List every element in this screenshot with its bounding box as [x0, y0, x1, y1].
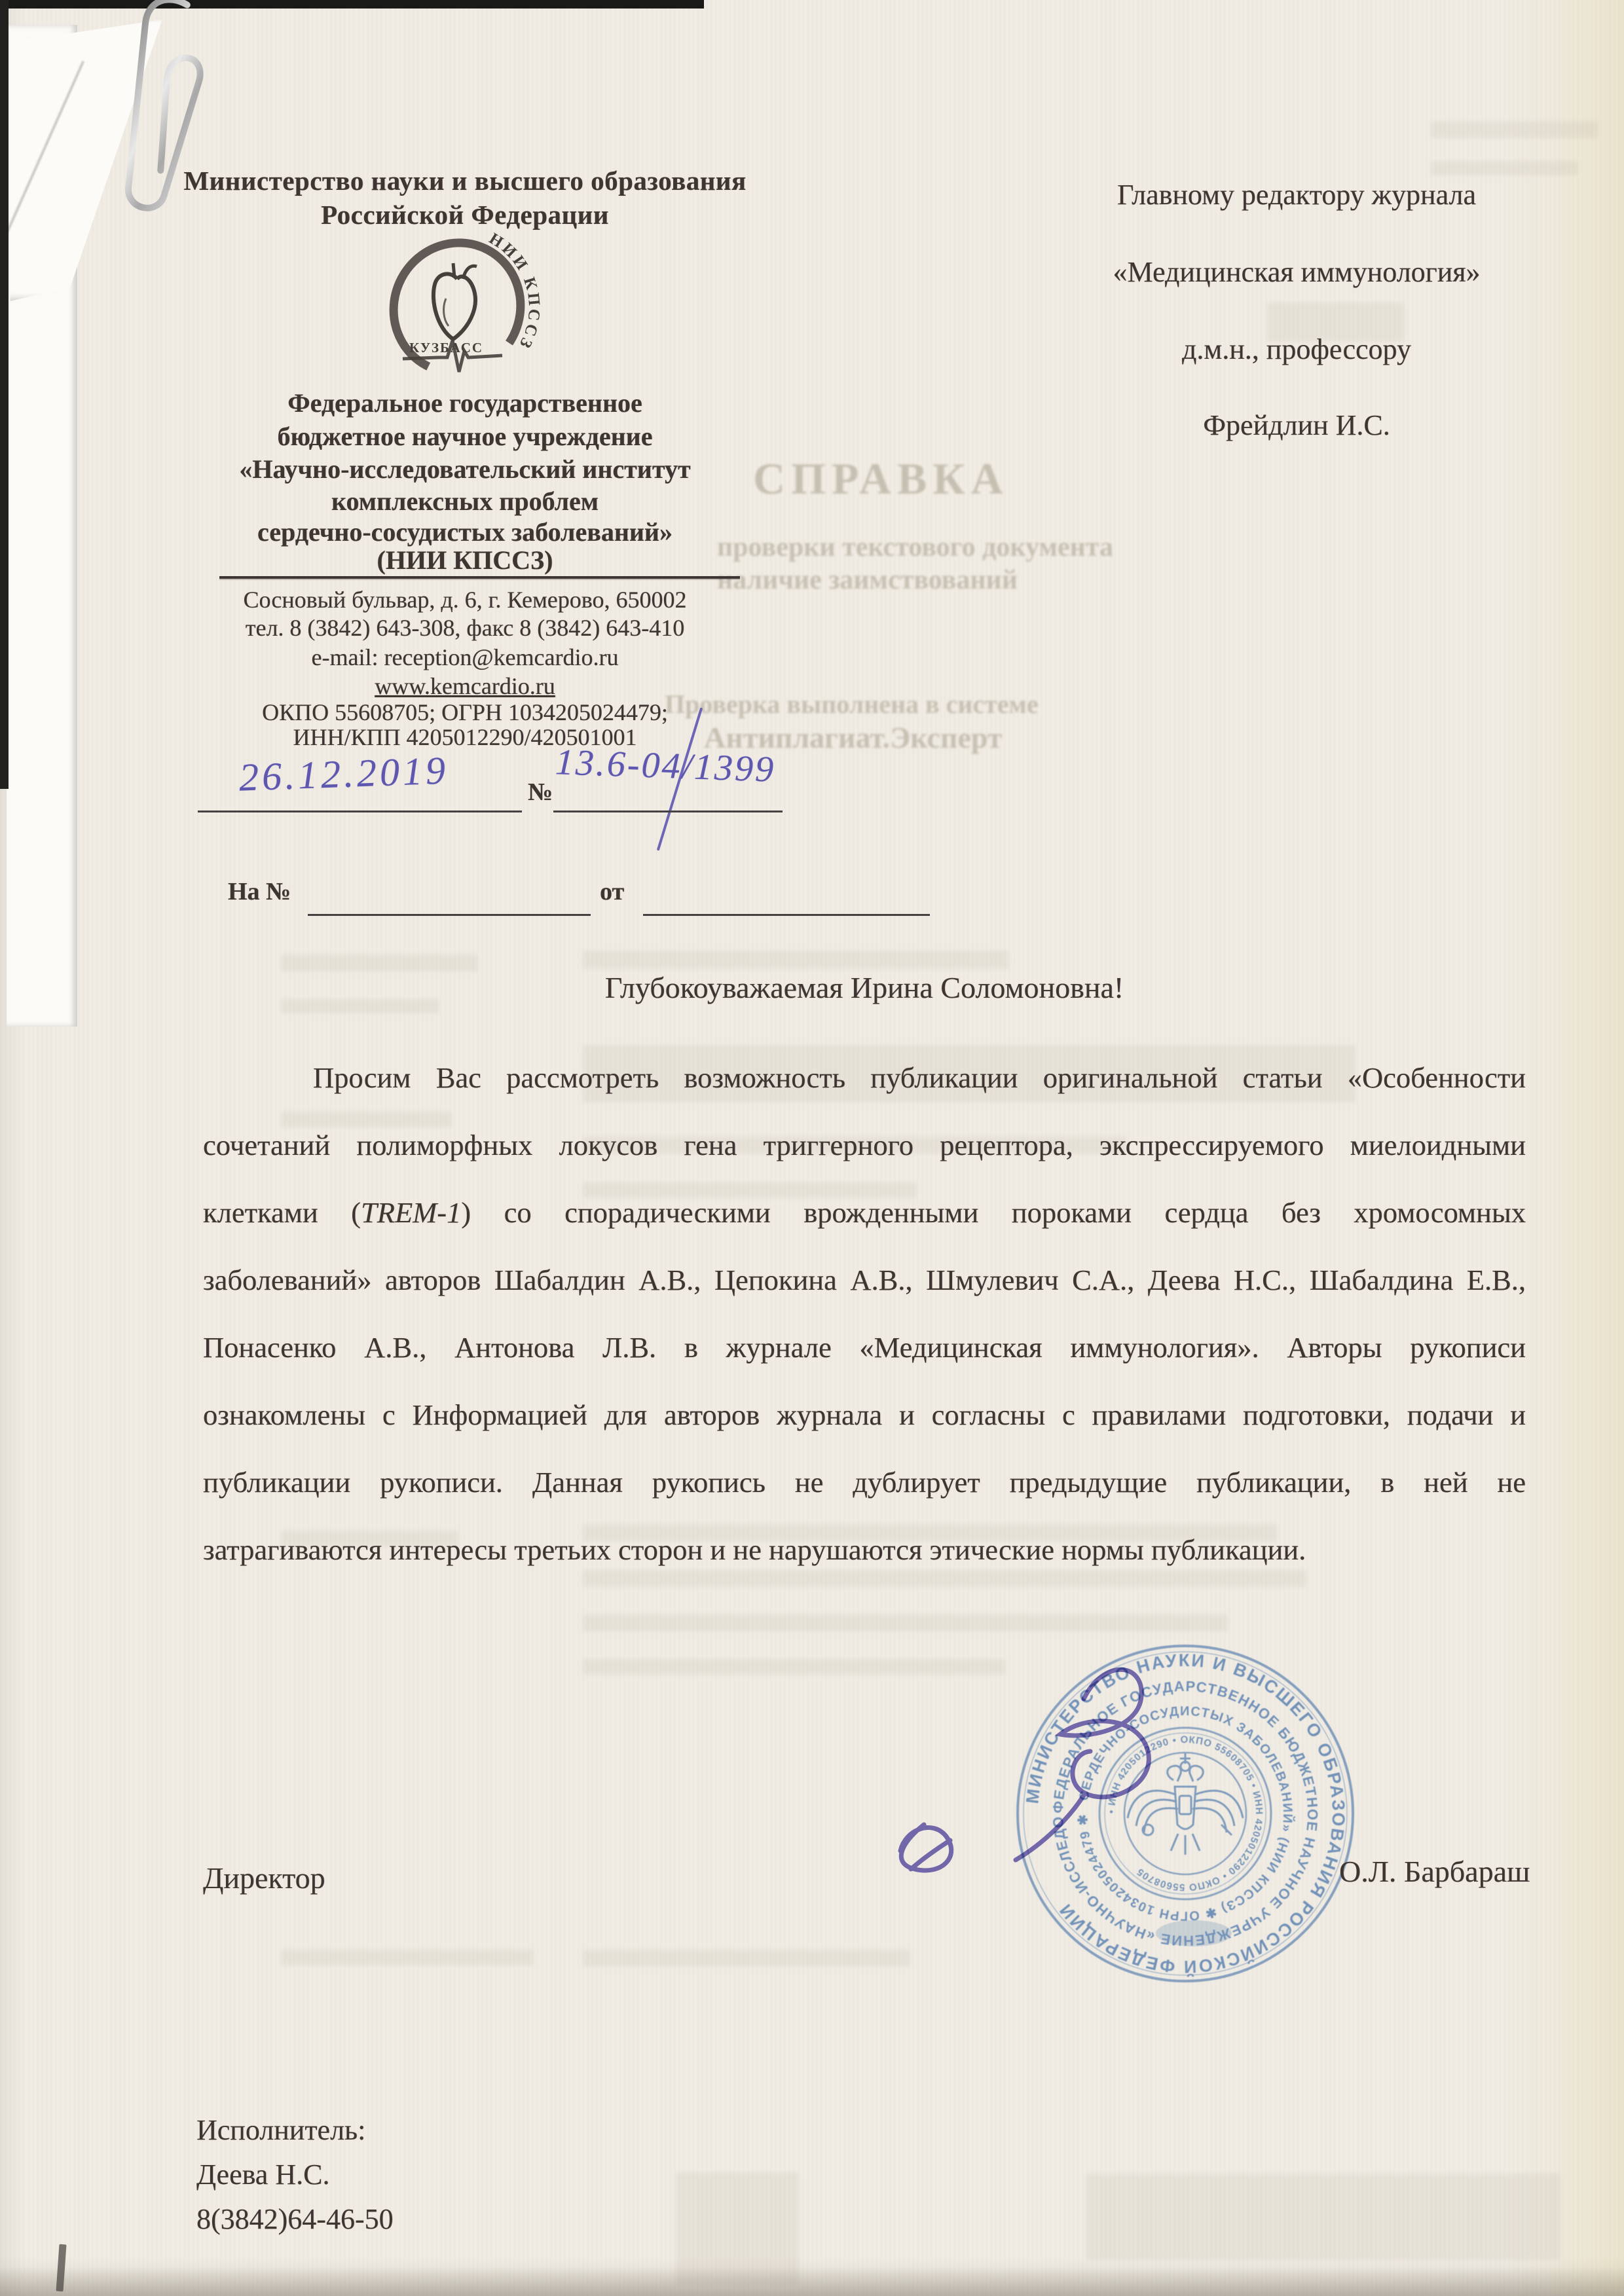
body-line: Просим Вас рассмотреть возможность публи…	[203, 1057, 1526, 1098]
institution-line: «Научно-исследовательский институт	[138, 454, 792, 484]
institute-emblem-logo: НИИ КПССЗ КУЗБАСС	[362, 230, 568, 388]
bleedthrough-smudge	[583, 951, 1008, 969]
letterhead-divider	[219, 576, 740, 579]
bleedthrough-smudge	[282, 1950, 534, 1965]
bleedthrough-smudge	[583, 1950, 910, 1967]
institution-line: сердечно-сосудистых заболеваний»	[138, 517, 792, 547]
website-link: www.kemcardio.ru	[138, 672, 792, 700]
recipient-line4: Фрейдлин И.С.	[1048, 409, 1545, 442]
bleedthrough-smudge	[583, 1614, 1228, 1631]
position-label: Директор	[203, 1861, 325, 1895]
ot-label: от	[600, 877, 624, 906]
institution-line: бюджетное научное учреждение	[138, 421, 792, 452]
na-number-underline	[308, 914, 591, 916]
executor-phone: 8(3842)64-46-50	[196, 2202, 394, 2236]
body-line: ознакомлены с Информацией для авторов жу…	[203, 1394, 1526, 1435]
address-line: Сосновый бульвар, д. 6, г. Кемерово, 650…	[138, 586, 792, 613]
institution-line: комплексных проблем	[138, 486, 792, 517]
executor-label: Исполнитель:	[196, 2113, 365, 2147]
body-line3-pre: клетками (	[203, 1196, 361, 1229]
executor-name: Деева Н.С.	[196, 2158, 329, 2191]
body-line3-post: ) со спорадическими врожденными пороками…	[461, 1196, 1526, 1229]
na-number-label: На №	[228, 877, 291, 906]
recipient-line3: д.м.н., профессору	[1048, 333, 1545, 366]
number-underline	[553, 811, 783, 812]
body-line: заболеваний» авторов Шабалдин А.В., Цепо…	[203, 1260, 1526, 1300]
body-line: клетками (TREM-1) со спорадическими врож…	[203, 1192, 1526, 1233]
number-label: №	[528, 778, 553, 807]
bleedthrough-smudge	[583, 1570, 1306, 1587]
signer-name: О.Л. Барбараш	[1339, 1854, 1530, 1889]
scan-bottom-shadow	[0, 2267, 1624, 2296]
outgoing-date-handwritten: 26.12.2019	[196, 746, 492, 802]
ot-underline	[643, 914, 930, 916]
body-line: сочетаний полиморфных локусов гена тригг…	[203, 1125, 1526, 1165]
date-underline	[198, 811, 522, 812]
ministry-line1: Министерство науки и высшего образования	[138, 165, 792, 196]
gene-name-italic: TREM-1	[361, 1196, 461, 1229]
bleedthrough-smudge	[282, 955, 478, 972]
body-line: публикации рукописи. Данная рукопись не …	[203, 1462, 1526, 1503]
address-line: тел. 8 (3842) 643-308, факс 8 (3842) 643…	[138, 614, 792, 642]
bleedthrough-smudge	[1431, 121, 1598, 138]
outgoing-number-handwritten: 13.6-04/1399	[555, 741, 776, 791]
ministry-line2: Российской Федерации	[138, 199, 792, 230]
paperclip-icon	[58, 0, 234, 238]
address-line: e-mail: reception@kemcardio.ru	[138, 644, 792, 671]
institution-line: (НИИ КПССЗ)	[138, 545, 792, 575]
institution-line: Федеральное государственное	[138, 388, 792, 418]
logo-region-label: КУЗБАСС	[409, 340, 483, 355]
address-line: ОКПО 55608705; ОГРН 1034205024479;	[138, 699, 792, 726]
scanned-letter-page: СПРАВКА проверки текстового документа на…	[0, 0, 1624, 2296]
body-line: затрагиваются интересы третьих сторон и …	[203, 1529, 1526, 1570]
bleedthrough-smudge	[1431, 161, 1578, 175]
director-signature	[887, 1653, 1182, 1895]
bleedthrough-smudge	[1086, 2174, 1560, 2260]
body-line: Понасенко А.В., Антонова Л.В. в журнале …	[203, 1327, 1526, 1368]
recipient-line2: «Медицинская иммунология»	[1048, 255, 1545, 289]
salutation: Глубокоуважаемая Ирина Соломоновна!	[203, 970, 1526, 1005]
recipient-line1: Главному редактору журнала	[1048, 178, 1545, 211]
scan-left-edge	[0, 0, 9, 789]
